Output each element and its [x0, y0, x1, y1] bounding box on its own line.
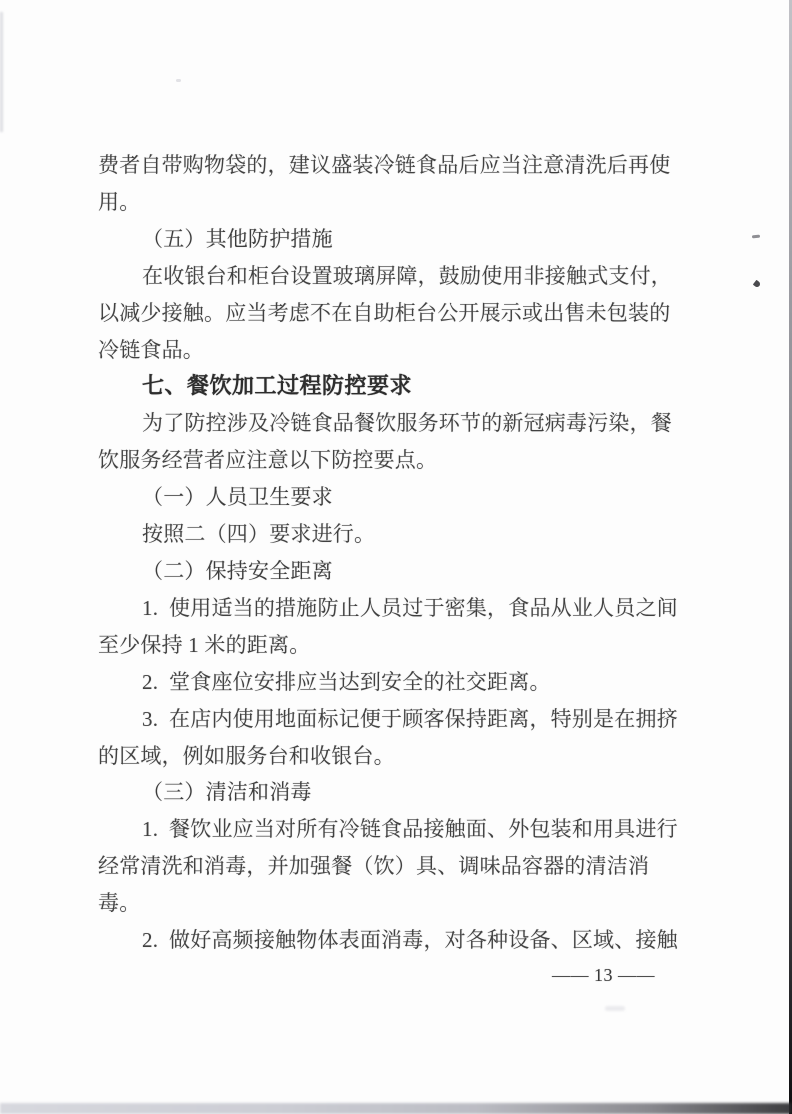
- paragraph: 费者自带购物袋的，建议盛装冷链食品后应当注意清洗后再使用。: [98, 147, 694, 221]
- paragraph: 1. 使用适当的措施防止人员过于密集，食品从业人员之间至少保持 1 米的距离。: [98, 590, 694, 664]
- paragraph: 按照二（四）要求进行。: [98, 516, 694, 553]
- text-line: 3. 在店内使用地面标记便于顾客保持距离，特别是在拥挤: [98, 701, 694, 738]
- scan-speck: [753, 280, 761, 288]
- text-line: 至少保持 1 米的距离。: [98, 627, 694, 664]
- document-body: 费者自带购物袋的，建议盛装冷链食品后应当注意清洗后再使用。（五）其他防护措施在收…: [98, 147, 694, 959]
- text-line: 以减少接触。应当考虑不在自助柜台公开展示或出售未包装的: [98, 295, 694, 332]
- text-line: 2. 堂食座位安排应当达到安全的社交距离。: [98, 664, 694, 701]
- scan-smudge: [605, 1006, 625, 1011]
- subsection-heading: （三）清洁和消毒: [98, 774, 694, 811]
- text-line: 冷链食品。: [98, 332, 694, 369]
- text-line: 毒。: [98, 885, 694, 922]
- scan-edge-left: [0, 12, 3, 132]
- text-line: 1. 餐饮业应当对所有冷链食品接触面、外包装和用具进行: [98, 811, 694, 848]
- text-line: 的区域，例如服务台和收银台。: [98, 738, 694, 775]
- text-line: （一）人员卫生要求: [98, 479, 694, 516]
- paragraph: 在收银台和柜台设置玻璃屏障，鼓励使用非接触式支付，以减少接触。应当考虑不在自助柜…: [98, 258, 694, 369]
- scan-speck: [176, 79, 181, 82]
- text-line: 按照二（四）要求进行。: [98, 516, 694, 553]
- paragraph: 1. 餐饮业应当对所有冷链食品接触面、外包装和用具进行经常清洗和消毒，并加强餐（…: [98, 811, 694, 922]
- text-line: 饮服务经营者应注意以下防控要点。: [98, 442, 694, 479]
- paragraph: 2. 做好高频接触物体表面消毒，对各种设备、区域、接触: [98, 922, 694, 959]
- subsection-heading: （二）保持安全距离: [98, 553, 694, 590]
- paragraph: 2. 堂食座位安排应当达到安全的社交距离。: [98, 664, 694, 701]
- scan-edge-bottom: [0, 1103, 792, 1114]
- text-line: 七、餐饮加工过程防控要求: [98, 368, 694, 405]
- text-line: （五）其他防护措施: [98, 221, 694, 258]
- text-line: 为了防控涉及冷链食品餐饮服务环节的新冠病毒污染，餐: [98, 405, 694, 442]
- text-line: 经常清洗和消毒，并加强餐（饮）具、调味品容器的清洁消: [98, 848, 694, 885]
- text-line: 1. 使用适当的措施防止人员过于密集，食品从业人员之间: [98, 590, 694, 627]
- text-line: 在收银台和柜台设置玻璃屏障，鼓励使用非接触式支付，: [98, 258, 694, 295]
- page-number: —— 13 ——: [552, 962, 655, 988]
- document-page: 费者自带购物袋的，建议盛装冷链食品后应当注意清洗后再使用。（五）其他防护措施在收…: [0, 0, 792, 1114]
- section-heading: 七、餐饮加工过程防控要求: [98, 368, 694, 405]
- text-line: 2. 做好高频接触物体表面消毒，对各种设备、区域、接触: [98, 922, 694, 959]
- text-line: （三）清洁和消毒: [98, 774, 694, 811]
- scan-speck: [752, 235, 760, 239]
- paragraph: 为了防控涉及冷链食品餐饮服务环节的新冠病毒污染，餐饮服务经营者应注意以下防控要点…: [98, 405, 694, 479]
- text-line: （二）保持安全距离: [98, 553, 694, 590]
- text-line: 费者自带购物袋的，建议盛装冷链食品后应当注意清洗后再使: [98, 147, 694, 184]
- text-line: 用。: [98, 184, 694, 221]
- subsection-heading: （五）其他防护措施: [98, 221, 694, 258]
- paragraph: 3. 在店内使用地面标记便于顾客保持距离，特别是在拥挤的区域，例如服务台和收银台…: [98, 701, 694, 775]
- subsection-heading: （一）人员卫生要求: [98, 479, 694, 516]
